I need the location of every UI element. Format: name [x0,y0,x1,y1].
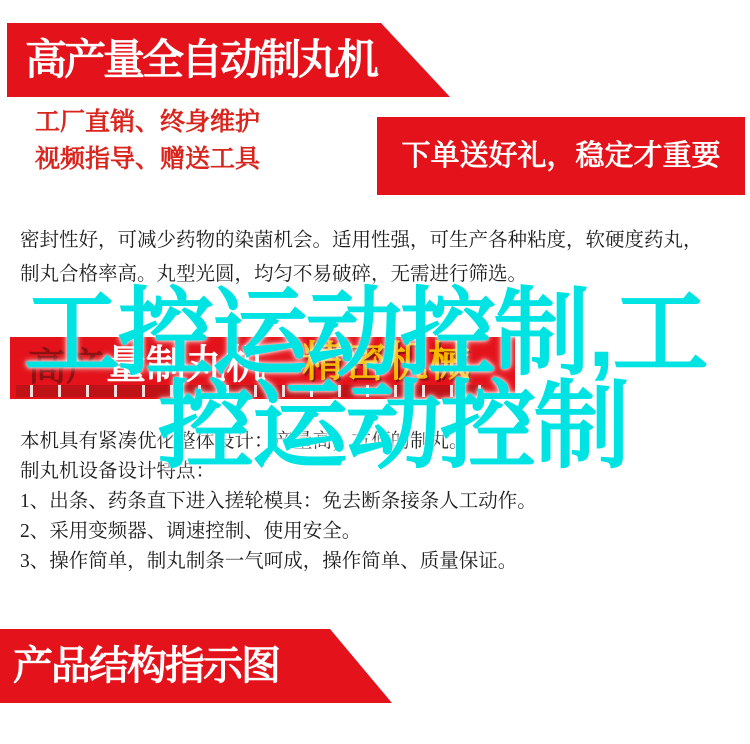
top-ribbon-banner: 高产量全自动制丸机 [7,23,450,97]
promo-line-2: 视频指导、赠送工具 [35,141,260,178]
gift-ribbon-banner: 下单送好礼，稳定才重要 [377,117,745,195]
bottom-ribbon-banner: 产品结构指示图 [0,629,392,703]
promo-line-1: 工厂直销、终身维护 [35,104,260,141]
gift-banner-text: 下单送好礼，稳定才重要 [401,142,720,171]
promo-page: 高产量全自动制丸机 工厂直销、终身维护 视频指导、赠送工具 下单送好礼，稳定才重… [0,0,750,744]
promo-text: 工厂直销、终身维护 视频指导、赠送工具 [35,104,260,178]
top-banner-title: 高产量全自动制丸机 [7,39,376,81]
intro-line-1: 密封性好，可减少药物的染菌机会。适用性强，可生产各种粘度，软硬度药丸， [20,224,703,258]
keyword-overlay-line-2: 控运动控制 [158,379,628,475]
feature-item-2: 2、采用变频器、调速控制、使用安全。 [20,521,537,551]
feature-item-1: 1、出条、药条直下进入搓轮模具：免去断条接条人工动作。 [20,491,537,521]
bottom-banner-title: 产品结构指示图 [0,646,279,686]
feature-item-3: 3、操作简单，制丸制条一气呵成，操作简单、质量保证。 [20,551,537,581]
keyword-overlay-line-1: 工控运动控制,工 [24,286,707,382]
